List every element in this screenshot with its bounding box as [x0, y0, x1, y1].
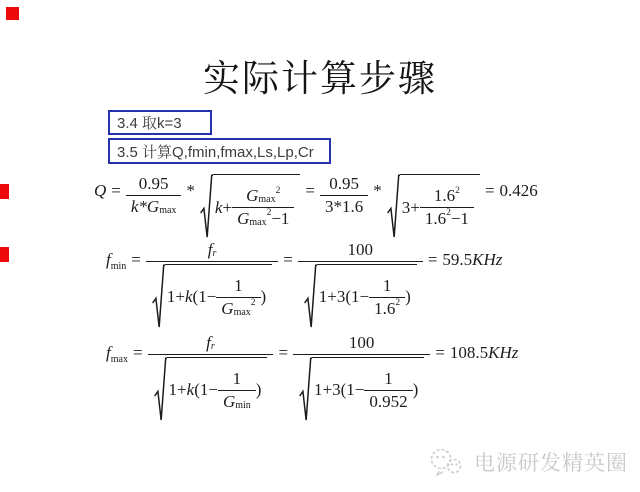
fraction-denominator: Gmin: [218, 390, 256, 412]
fraction-denominator: k*Gmax: [126, 195, 182, 217]
radicand-pre: 1+3(1−: [319, 287, 369, 307]
equals-sign: =: [305, 181, 315, 201]
slide-title: 实际计算步骤: [0, 48, 640, 102]
fmin-lhs: fmin: [106, 250, 126, 270]
q-sqrt-1: k+ Gmax2 Gmax2−1: [200, 174, 300, 239]
subscript: max: [258, 194, 275, 206]
fmin-result: 59.5KHz: [442, 250, 502, 270]
fmin-frac-1: fr 1+k(1− 1 Gmax2 ): [146, 240, 278, 329]
step-label-3-5: 3.5 计算Q,fmin,fmax,Ls,Lp,Cr: [117, 141, 314, 162]
slide: 实际计算步骤 3.4 取k=3 3.5 计算Q,fmin,fmax,Ls,Lp,…: [0, 0, 640, 492]
radicand: 1+3(1− 1 1.62 ): [317, 264, 417, 329]
equals-sign: =: [283, 250, 293, 270]
sqrt-radical-icon: [154, 357, 167, 422]
fmin-frac-2: 100 1+3(1− 1 1.62 ): [298, 240, 423, 329]
var: G: [237, 209, 249, 229]
superscript: 2: [446, 208, 451, 219]
base: 1.6: [374, 299, 395, 319]
radicand: 1+k(1− 1 Gmax2 ): [165, 264, 272, 329]
step-box-3-4: 3.4 取k=3: [108, 110, 212, 135]
q-result: 0.426: [500, 181, 538, 201]
fraction-numerator: 100: [344, 333, 380, 354]
red-marker-top-left: [6, 7, 19, 20]
subscript: max: [111, 354, 128, 365]
subscript: min: [235, 400, 251, 412]
formula-q: Q = 0.95 k*Gmax * k+ Gmax2 Gmax2−1 = 0.9…: [94, 174, 538, 239]
superscript: 2: [251, 298, 256, 309]
q-sqrt2-frac: 1.62 1.62−1: [420, 186, 474, 228]
subscript: r: [212, 248, 216, 260]
fraction-denominator: 1.62−1: [420, 207, 474, 229]
red-marker-left-1: [0, 184, 9, 199]
superscript: 2: [276, 186, 281, 197]
close-paren: ): [261, 287, 267, 307]
fmax-frac-1: fr 1+k(1− 1 Gmin ): [148, 333, 274, 422]
radicand-pre: (1−: [194, 380, 218, 400]
superscript: 2: [455, 186, 460, 197]
fraction-denominator: 1+k(1− 1 Gmax2 ): [146, 261, 278, 329]
den-tail: −1: [271, 209, 289, 229]
equals-sign: =: [111, 181, 121, 201]
fraction-denominator: 1+3(1− 1 1.62 ): [298, 261, 423, 329]
sqrt-radical-icon: [299, 357, 312, 422]
fmin-inner-frac-1: 1 Gmax2: [216, 276, 260, 318]
subscript: max: [234, 307, 251, 319]
base: 1.6: [434, 186, 455, 206]
fraction-numerator: 100: [343, 240, 379, 261]
superscript: 2: [267, 208, 272, 219]
radicand-pre: (1−: [193, 287, 217, 307]
fmax-sqrt-1: 1+k(1− 1 Gmin ): [154, 357, 268, 422]
fraction-denominator: 1+k(1− 1 Gmin ): [148, 354, 274, 422]
fraction-numerator: fr: [201, 333, 220, 354]
fmax-sqrt-2: 1+3(1− 1 0.952 ): [299, 357, 424, 422]
fraction-numerator: 1.62: [429, 186, 465, 207]
equals-sign: =: [133, 343, 143, 363]
close-paren: ): [405, 287, 411, 307]
plus-sign: +: [222, 198, 232, 218]
result-unit: KHz: [472, 250, 502, 269]
var: G: [246, 186, 258, 206]
radicand-pre: 1+: [169, 380, 187, 400]
multiply-sign: *: [186, 181, 195, 201]
fraction-numerator: 0.95: [134, 174, 174, 195]
watermark: 电源研发精英圈: [429, 447, 628, 477]
watermark-text: 电源研发精英圈: [474, 447, 628, 477]
equals-sign: =: [435, 343, 445, 363]
fraction-numerator: 1: [378, 276, 397, 297]
fraction-denominator: Gmax2−1: [232, 207, 294, 229]
fmax-inner-frac-1: 1 Gmin: [218, 369, 256, 411]
sqrt-radical-icon: [387, 174, 400, 239]
fraction-denominator: Gmax2: [216, 297, 260, 319]
q-sqrt-2: 3+ 1.62 1.62−1: [387, 174, 480, 239]
subscript: max: [249, 217, 266, 229]
radicand-pre: 3+: [402, 198, 420, 218]
fmax-frac-2: 100 1+3(1− 1 0.952 ): [293, 333, 430, 422]
fraction-numerator: 0.95: [324, 174, 364, 195]
fraction-denominator: 0.952: [364, 390, 412, 412]
formula-fmax: fmax = fr 1+k(1− 1 Gmin ) =: [106, 333, 518, 422]
radicand-pre: 1+3(1−: [314, 380, 364, 400]
fmax-result: 108.5KHz: [450, 343, 518, 363]
sqrt-radical-icon: [152, 264, 165, 329]
step-box-3-5: 3.5 计算Q,fmin,fmax,Ls,Lp,Cr: [108, 138, 331, 164]
radicand: 1+k(1− 1 Gmin ): [167, 357, 268, 422]
radicand: 3+ 1.62 1.62−1: [400, 174, 480, 239]
fraction-denominator: 1+3(1− 1 0.952 ): [293, 354, 430, 422]
subscript: min: [111, 261, 127, 272]
fraction-numerator: 1: [229, 276, 248, 297]
q-frac-1: 0.95 k*Gmax: [126, 174, 182, 216]
superscript: 2: [395, 298, 400, 309]
equals-sign: =: [428, 250, 438, 270]
fmin-sqrt-2: 1+3(1− 1 1.62 ): [304, 264, 417, 329]
wechat-logo-icon: [429, 447, 465, 477]
result-value: 108.5: [450, 343, 488, 362]
var: k: [185, 287, 193, 307]
fraction-numerator: 1: [379, 369, 398, 390]
formula-fmin: fmin = fr 1+k(1− 1 Gmax2 ) =: [106, 240, 502, 329]
radicand-pre: 1+: [167, 287, 185, 307]
radicand: k+ Gmax2 Gmax2−1: [213, 174, 300, 239]
den-main: k*G: [131, 197, 159, 217]
q-frac-2: 0.95 3*1.6: [320, 174, 368, 216]
fmax-inner-frac-2: 1 0.952: [364, 369, 412, 411]
step-label-3-4: 3.4 取k=3: [117, 112, 182, 133]
red-marker-left-2: [0, 247, 9, 262]
close-paren: ): [256, 380, 262, 400]
subscript: max: [159, 205, 176, 217]
fmax-lhs: fmax: [106, 343, 128, 363]
equals-sign: =: [485, 181, 495, 201]
radicand: 1+3(1− 1 0.952 ): [312, 357, 424, 422]
fraction-numerator: 1: [228, 369, 247, 390]
result-value: 59.5: [442, 250, 472, 269]
var: k: [187, 380, 195, 400]
var: G: [221, 299, 233, 319]
multiply-sign: *: [373, 181, 382, 201]
fraction-numerator: Gmax2: [241, 186, 285, 207]
fmin-sqrt-1: 1+k(1− 1 Gmax2 ): [152, 264, 272, 329]
den-tail: −1: [451, 209, 469, 229]
fraction-denominator: 1.62: [369, 297, 405, 319]
result-unit: KHz: [488, 343, 518, 362]
fraction-denominator: 3*1.6: [320, 195, 368, 217]
var: G: [223, 392, 235, 412]
close-paren: ): [413, 380, 419, 400]
q-sqrt1-frac: Gmax2 Gmax2−1: [232, 186, 294, 228]
equals-sign: =: [131, 250, 141, 270]
radicand-var: k: [215, 198, 223, 218]
equals-sign: =: [278, 343, 288, 363]
q-lhs: Q: [94, 181, 106, 201]
base: 1.6: [425, 209, 446, 229]
sqrt-radical-icon: [200, 174, 213, 239]
fraction-numerator: fr: [203, 240, 222, 261]
sqrt-radical-icon: [304, 264, 317, 329]
fmin-inner-frac-2: 1 1.62: [369, 276, 405, 318]
subscript: r: [211, 341, 215, 353]
